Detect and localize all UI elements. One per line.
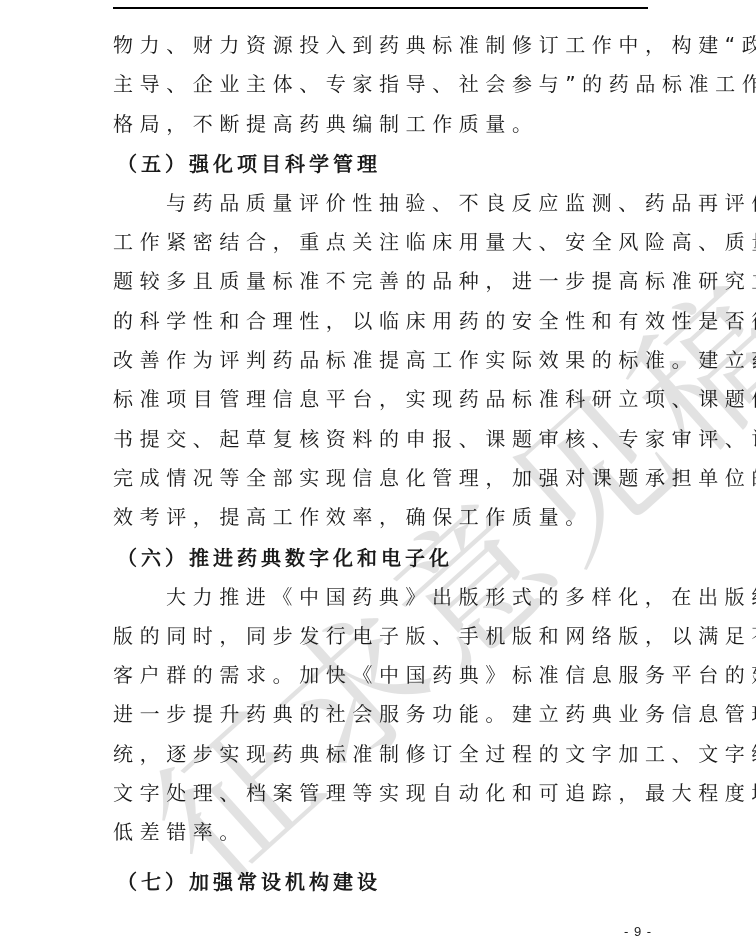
intro-paragraph: 物力、财力资源投入到药典标准制修订工作中，构建“政府 主导、企业主体、专家指导、… <box>113 26 653 144</box>
text-line: 完成情况等全部实现信息化管理，加强对课题承担单位的绩 <box>113 459 653 498</box>
section-heading-5: （五）强化项目科学管理 <box>117 144 653 184</box>
text-line: 标准项目管理信息平台，实现药品标准科研立项、课题任务 <box>113 380 653 419</box>
text-line: 物力、财力资源投入到药典标准制修订工作中，构建“政府 <box>113 26 653 65</box>
page-body: 物力、财力资源投入到药典标准制修订工作中，构建“政府 主导、企业主体、专家指导、… <box>113 26 653 902</box>
text-line: 主导、企业主体、专家指导、社会参与”的药品标准工作新 <box>113 65 653 104</box>
text-line: 统，逐步实现药典标准制修订全过程的文字加工、文字编辑、 <box>113 735 653 774</box>
section-heading-6: （六）推进药典数字化和电子化 <box>117 538 653 578</box>
header-rule <box>113 7 648 9</box>
section-heading-7: （七）加强常设机构建设 <box>117 862 653 902</box>
text-line: 大力推进《中国药典》出版形式的多样化，在出版纸质 <box>113 578 653 617</box>
text-line: 客户群的需求。加快《中国药典》标准信息服务平台的建设， <box>113 656 653 695</box>
section-6-paragraph: 大力推进《中国药典》出版形式的多样化，在出版纸质 版的同时，同步发行电子版、手机… <box>113 578 653 853</box>
page-number: - 9 - <box>624 924 652 939</box>
text-line: 进一步提升药典的社会服务功能。建立药典业务信息管理系 <box>113 695 653 734</box>
text-line: 格局，不断提高药典编制工作质量。 <box>113 105 653 144</box>
text-line: 书提交、起草复核资料的申报、课题审核、专家审评、课题 <box>113 420 653 459</box>
text-line: 与药品质量评价性抽验、不良反应监测、药品再评价等 <box>113 184 653 223</box>
text-line: 改善作为评判药品标准提高工作实际效果的标准。建立药品 <box>113 341 653 380</box>
section-5-paragraph: 与药品质量评价性抽验、不良反应监测、药品再评价等 工作紧密结合，重点关注临床用量… <box>113 184 653 538</box>
text-line: 文字处理、档案管理等实现自动化和可追踪，最大程度地降 <box>113 774 653 813</box>
text-line: 的科学性和合理性，以临床用药的安全性和有效性是否得到 <box>113 302 653 341</box>
text-line: 版的同时，同步发行电子版、手机版和网络版，以满足不同 <box>113 617 653 656</box>
text-line: 效考评，提高工作效率，确保工作质量。 <box>113 498 653 537</box>
text-line: 题较多且质量标准不完善的品种，进一步提高标准研究立项 <box>113 262 653 301</box>
text-line: 低差错率。 <box>113 813 653 852</box>
text-line: 工作紧密结合，重点关注临床用量大、安全风险高、质量问 <box>113 223 653 262</box>
